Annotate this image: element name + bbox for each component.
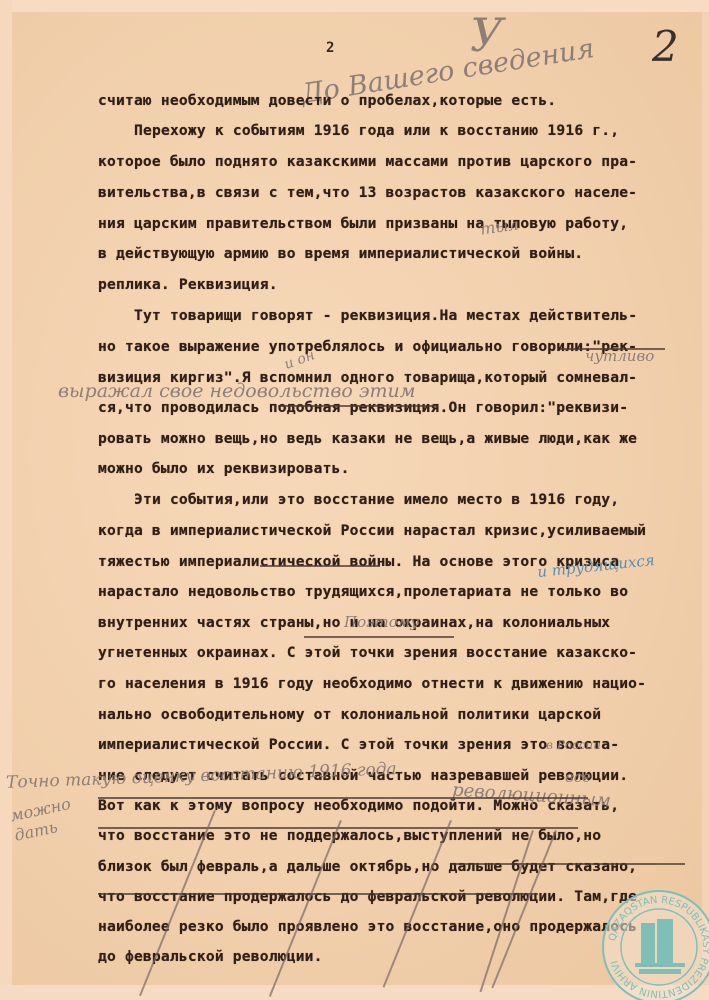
handwritten-initial: У [470, 8, 503, 62]
strikethrough [98, 893, 538, 895]
scan-border-top [0, 0, 709, 12]
typed-line: Перехожу к событиям 1916 года или к восс… [134, 122, 619, 139]
handwritten-margin-vyrazhal: выражал свое недовольство этим [58, 380, 416, 402]
typed-line: угнетенных окраинах. С этой точки зрения… [98, 644, 637, 661]
handwritten-page-number: 2 [652, 22, 679, 71]
typed-line: нально освободительному от колониальной … [98, 706, 601, 723]
handwritten-note-vse: все [565, 768, 591, 786]
typed-line: в действующую армию во время империалист… [98, 245, 583, 262]
archive-stamp: QAZAQSTAN RESPUBLIKASY PREZIDENTININ ARH… [597, 885, 709, 1000]
typed-line: но такое выражение употреблялось и офици… [98, 338, 637, 355]
typed-line: что восстание это не поддержалось,выступ… [98, 827, 601, 844]
typed-line: го населения в 1916 году необходимо отне… [98, 675, 646, 692]
typed-line: до февральской революции. [98, 948, 323, 965]
typed-line: нарастало недовольство трудящихся,пролет… [98, 583, 628, 600]
typed-line: империалистической России. С этой точки … [98, 736, 619, 753]
typed-line: которое было поднято казакскими массами … [98, 153, 637, 170]
handwritten-note-v-rossii: в России [546, 738, 601, 752]
typed-line: можно было их реквизировать. [98, 460, 350, 477]
typed-line: реплика. Реквизиция. [98, 276, 278, 293]
strikethrough [260, 565, 380, 567]
typed-line: ния царским правительством были призваны… [98, 215, 628, 232]
strikethrough [304, 636, 454, 638]
typed-line: Тут товарищи говорят - реквизиция.На мес… [134, 307, 637, 324]
strikethrough [560, 348, 665, 350]
scan-border-left [0, 0, 12, 1000]
typed-line: наиболее резко было проявлено это восста… [98, 918, 637, 935]
strikethrough [450, 863, 685, 865]
typed-line: вительства,в связи с тем,что 13 возрасто… [98, 184, 637, 201]
strikethrough [278, 405, 438, 407]
typed-line: близок был февраль,а дальше октябрь,но д… [98, 858, 637, 875]
strikethrough [98, 797, 588, 799]
typed-line: когда в империалистической России нараст… [98, 522, 646, 539]
typed-line: считаю необходимым довести о пробелах,ко… [98, 92, 556, 109]
page-number: 2 [326, 40, 334, 56]
handwritten-note-poetomu: Поэтому [344, 613, 419, 631]
typed-line: ровать можно вещь,но ведь казаки не вещь… [98, 430, 637, 447]
typed-line: Эти события,или это восстание имело мест… [134, 491, 619, 508]
